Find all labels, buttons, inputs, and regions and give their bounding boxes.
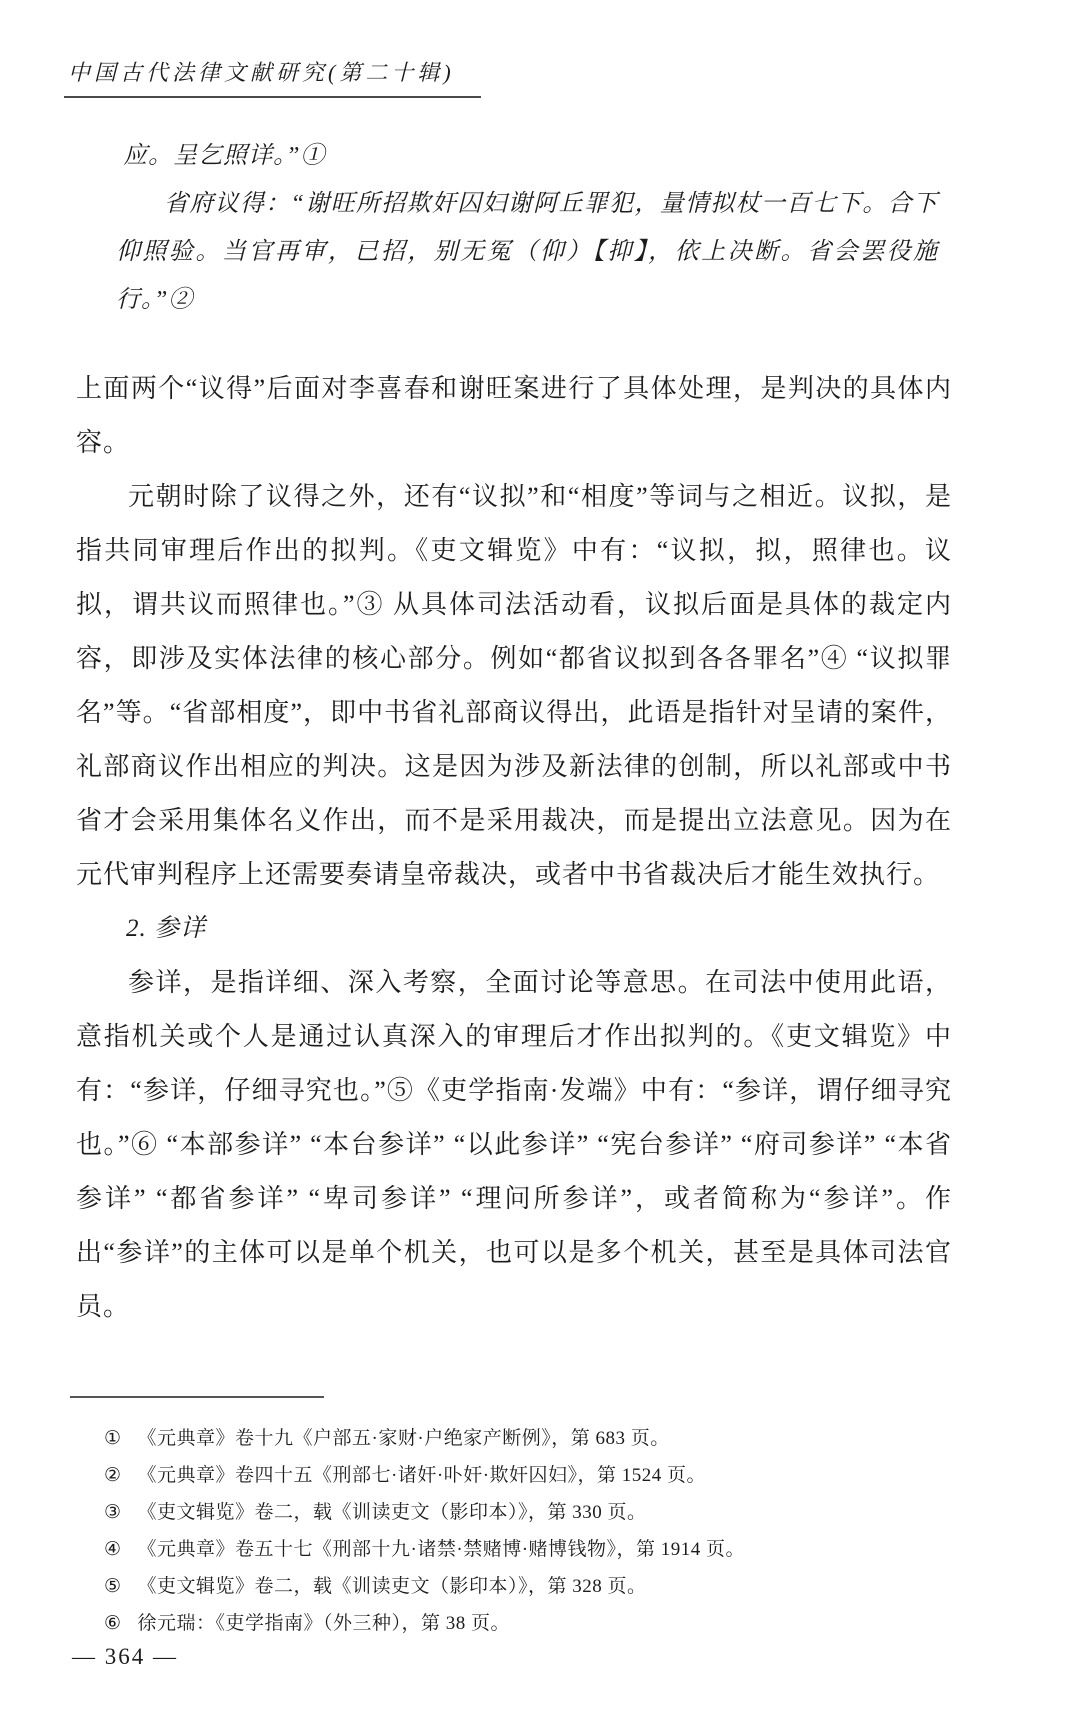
footnote-4: ④《元典章》卷五十七《刑部十九·诸禁·禁赌博·赌博钱物》，第 1914 页。 bbox=[76, 1531, 952, 1568]
footnote-5: ⑤《吏文辑览》卷二，载《训读吏文（影印本）》，第 328 页。 bbox=[76, 1568, 952, 1605]
block-quote: 应。呈乞照详。”① 省府议得：“谢旺所招欺奸囚妇谢阿丘罪犯，量情拟杖一百七下。合… bbox=[116, 132, 938, 324]
footnotes: ①《元典章》卷十九《户部五·家财·户绝家产断例》，第 683 页。 ②《元典章》… bbox=[76, 1420, 952, 1642]
footnote-text: 《元典章》卷五十七《刑部十九·诸禁·禁赌博·赌博钱物》，第 1914 页。 bbox=[138, 1539, 745, 1560]
section-heading-canxiang: 2. 参详 bbox=[76, 902, 952, 956]
footnote-text: 《元典章》卷四十五《刑部七·诸奸·卟奸·欺奸囚妇》，第 1524 页。 bbox=[138, 1465, 706, 1486]
footnote-1: ①《元典章》卷十九《户部五·家财·户绝家产断例》，第 683 页。 bbox=[76, 1420, 952, 1457]
footnote-marker: ④ bbox=[104, 1539, 122, 1560]
running-header: 中国古代法律文献研究(第二十辑) bbox=[64, 56, 481, 98]
footnote-marker: ② bbox=[104, 1465, 122, 1486]
footnote-marker: ⑥ bbox=[104, 1613, 122, 1634]
footnote-text: 徐元瑞：《吏学指南》（外三种），第 38 页。 bbox=[138, 1613, 511, 1634]
quote-paragraph: 省府议得：“谢旺所招欺奸囚妇谢阿丘罪犯，量情拟杖一百七下。合下仰照验。当官再审，… bbox=[116, 180, 938, 324]
footnote-3: ③《吏文辑览》卷二，载《训读吏文（影印本）》，第 330 页。 bbox=[76, 1494, 952, 1531]
footnote-text: 《吏文辑览》卷二，载《训读吏文（影印本）》，第 328 页。 bbox=[138, 1576, 647, 1597]
body-text: 上面两个“议得”后面对李喜春和谢旺案进行了具体处理，是判决的具体内容。 元朝时除… bbox=[76, 362, 952, 1334]
footnote-marker: ① bbox=[104, 1428, 122, 1449]
footnote-marker: ⑤ bbox=[104, 1576, 122, 1597]
paragraph-yini-xiangdu: 元朝时除了议得之外，还有“议拟”和“相度”等词与之相近。议拟，是指共同审理后作出… bbox=[76, 470, 952, 902]
footnote-marker: ③ bbox=[104, 1502, 122, 1523]
paragraph-canxiang: 参详，是指详细、深入考察，全面讨论等意思。在司法中使用此语，意指机关或个人是通过… bbox=[76, 956, 952, 1334]
paragraph-summary: 上面两个“议得”后面对李喜春和谢旺案进行了具体处理，是判决的具体内容。 bbox=[76, 362, 952, 470]
footnote-text: 《吏文辑览》卷二，载《训读吏文（影印本）》，第 330 页。 bbox=[138, 1502, 647, 1523]
footnote-text: 《元典章》卷十九《户部五·家财·户绝家产断例》，第 683 页。 bbox=[138, 1428, 670, 1449]
footnote-2: ②《元典章》卷四十五《刑部七·诸奸·卟奸·欺奸囚妇》，第 1524 页。 bbox=[76, 1457, 952, 1494]
footnote-6: ⑥徐元瑞：《吏学指南》（外三种），第 38 页。 bbox=[76, 1605, 952, 1642]
book-page: 中国古代法律文献研究(第二十辑) 应。呈乞照详。”① 省府议得：“谢旺所招欺奸囚… bbox=[0, 0, 1080, 1716]
page-number: — 364 — bbox=[72, 1644, 178, 1670]
footnote-divider bbox=[70, 1396, 324, 1398]
quote-tail-line: 应。呈乞照详。”① bbox=[116, 132, 938, 180]
